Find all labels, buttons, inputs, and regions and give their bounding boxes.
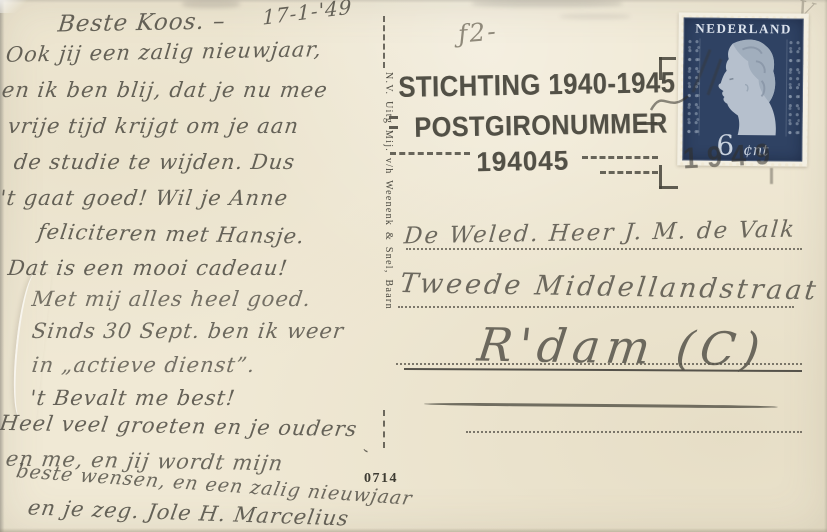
- cancellation-tick: [770, 168, 773, 184]
- postmark-line1: STICHTING 1940-1945: [398, 66, 676, 104]
- publisher-imprint: N.V. Uitg Mij. v/h Weenenk & Snel, Baarn: [383, 72, 394, 408]
- address-ruled-line: [466, 431, 802, 433]
- scan-edge-top: [0, 0, 827, 3]
- postmark-dashed-line: [600, 171, 658, 174]
- divider-dashed-line: [383, 410, 385, 448]
- message-line: de studie te wijden. Dus: [13, 150, 297, 174]
- postmark-dash: [389, 126, 398, 129]
- postmark-dash: [637, 122, 657, 125]
- address-line-name: De Weled. Heer J. M. de Valk: [403, 217, 797, 250]
- message-line: Sinds 30 Sept. ben ik weer: [31, 319, 346, 343]
- postmark-dashed-line: [390, 152, 470, 155]
- address-line-city: R'dam (C): [475, 318, 769, 377]
- divider-dashed-line: [383, 16, 385, 68]
- handwritten-underline: [424, 402, 778, 408]
- pencil-price-mark: ƒ2-: [457, 16, 499, 48]
- cancellation-year-mark: 1949: [682, 137, 780, 176]
- divider-series-mark: ,: [362, 448, 381, 454]
- postmark-dashed-line: [582, 156, 658, 159]
- postmark-line2: POSTGIRONUMMER: [414, 107, 668, 145]
- ink-smudge: [182, 0, 240, 8]
- postcard: Beste Koos. – 17-1-'49 Ook jij een zalig…: [0, 0, 827, 532]
- message-line: feliciteren met Hansje.: [36, 220, 306, 249]
- message-line: Heel veel groeten en je ouders: [0, 411, 359, 441]
- ink-smudge: [472, 0, 622, 7]
- message-line: Dat is een mooi cadeau!: [7, 256, 290, 280]
- message-line: in „actieve dienst”.: [31, 353, 257, 377]
- postmark-bracket: [659, 57, 662, 80]
- ink-smudge: [560, 14, 630, 19]
- postmark-dash: [389, 116, 398, 119]
- message-line: 't Bevalt me best!: [29, 386, 237, 410]
- address-ruled-line: [398, 306, 794, 308]
- date: 17-1-'49: [262, 0, 352, 30]
- message-line: 't gaat goed! Wil je Anne: [0, 186, 290, 210]
- card-number: 0714: [364, 471, 398, 487]
- message-line: Ook jij een zalig nieuwjaar,: [5, 37, 323, 67]
- greeting: Beste Koos. –: [57, 9, 227, 38]
- cancellation-squiggle: [648, 86, 692, 120]
- message-line: en ik ben blij, dat je nu mee: [1, 78, 330, 102]
- bent-corner: [0, 0, 28, 13]
- postmark-line3: 194045: [476, 144, 569, 178]
- message-line: Met mij alles heel goed.: [31, 287, 313, 311]
- address-line-street: Tweede Middellandstraat 1: [398, 268, 827, 307]
- scan-edge-bottom: [0, 528, 827, 532]
- message-line: vrije tijd krijgt om je aan: [7, 114, 301, 138]
- postmark-bracket: [659, 186, 678, 189]
